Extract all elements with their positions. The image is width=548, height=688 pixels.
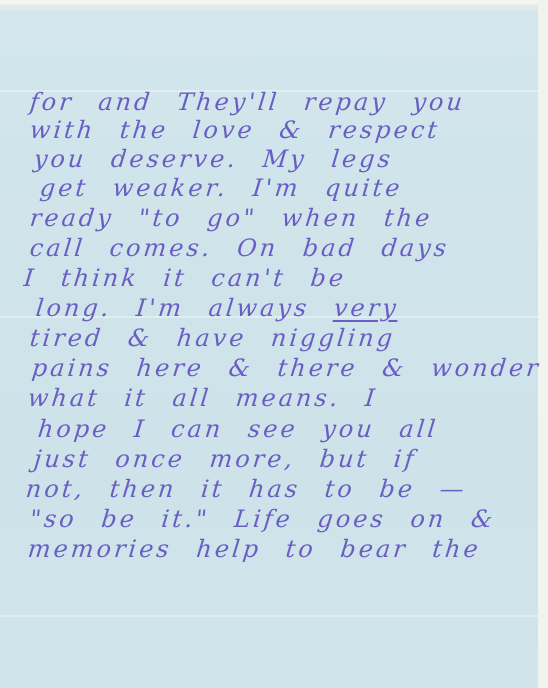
letter-line: just once more, but if bbox=[33, 445, 418, 473]
letter-line: long. I'm always very bbox=[35, 294, 401, 322]
letter-text: long. I'm always bbox=[35, 294, 311, 322]
scan-background-edge bbox=[538, 0, 548, 688]
letter-line: hope I can see you all bbox=[37, 415, 440, 443]
letter-line: you deserve. My legs bbox=[33, 145, 395, 173]
paper-fold bbox=[0, 615, 538, 617]
letter-line: with the love & respect bbox=[29, 116, 442, 144]
underlined-word: very bbox=[333, 294, 401, 322]
letter-line: call comes. On bad days bbox=[29, 234, 451, 262]
letter-line: memories help to bear the bbox=[27, 535, 483, 563]
letter-line: not, then it has to be — bbox=[25, 475, 469, 503]
letter-line: pains here & there & wonder bbox=[31, 354, 543, 382]
letter-line: what it all means. I bbox=[27, 384, 380, 412]
letter-line: ready "to go" when the bbox=[29, 204, 434, 232]
letter-line: get weaker. I'm quite bbox=[39, 174, 404, 202]
letter-page: for and They'll repay you with the love … bbox=[0, 4, 538, 688]
letter-line: tired & have niggling bbox=[29, 324, 397, 352]
letter-line: I think it can't be bbox=[23, 264, 348, 292]
letter-line: "so be it." Life goes on & bbox=[29, 505, 497, 533]
torn-top-edge bbox=[0, 4, 538, 12]
letter-line: for and They'll repay you bbox=[29, 88, 467, 116]
